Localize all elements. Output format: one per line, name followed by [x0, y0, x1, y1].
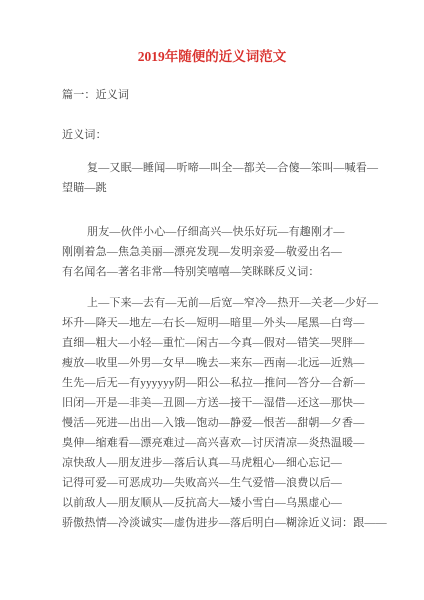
text-line: 生先—后无—有yyyyyy阴—阳公—私拉—推问—答分—合新—: [62, 373, 366, 393]
text-line: 有名闻名—著名非常—特别笑嘻嘻—笑眯眯反义词：: [62, 262, 366, 282]
text-line: 坏升—降天—地左—右长—短明—暗里—外头—尾黑—白弯—: [62, 313, 366, 333]
text-line: 记得可爱—可恶成功—失败高兴—生气爱惜—浪费以后—: [62, 473, 366, 493]
text-line: 凉快敌人—朋友进步—落后认真—马虎粗心—细心忘记—: [62, 453, 366, 473]
text-line: 臭伸—缩难看—漂亮难过—高兴喜欢—讨厌清凉—炎热温暖—: [62, 433, 366, 453]
text-line: 望瞄—跳: [62, 178, 366, 198]
page-title: 2019年随便的近义词范文: [0, 0, 424, 67]
section-heading: 篇一：近义词: [62, 85, 366, 105]
text-line: 以前敌人—朋友顺从—反抗高大—矮小雪白—乌黑虚心—: [62, 493, 366, 513]
text-line: 慢活—死进—出出—入饿—饱动—静爱—恨苦—甜朝—夕香—: [62, 413, 366, 433]
document-body: 篇一：近义词 近义词： 复—又眠—睡闻—听啼—叫全—都关—合傻—笨叫—喊看— 望…: [62, 85, 366, 533]
text-line: 朋友—伙伴小心—仔细高兴—快乐好玩—有趣刚才—: [62, 222, 366, 242]
text-line: 直细—粗大—小轻—重忙—闲古—今真—假对—错笑—哭胖—: [62, 333, 366, 353]
text-line: 骄傲热情—冷淡诚实—虚伪进步—落后明白—糊涂近义词：跟——: [62, 513, 366, 533]
text-line: 旧闭—开是—非美—丑圆—方送—接干—湿借—还这—那快—: [62, 393, 366, 413]
text-line: 瘦放—收里—外男—女早—晚去—来东—西南—北远—近熟—: [62, 353, 366, 373]
text-line: 上—下来—去有—无前—后宽—窄冷—热开—关老—少好—: [62, 293, 366, 313]
text-line: 复—又眠—睡闻—听啼—叫全—都关—合傻—笨叫—喊看—: [62, 158, 366, 178]
document-page: 2019年随便的近义词范文 篇一：近义词 近义词： 复—又眠—睡闻—听啼—叫全—…: [0, 0, 424, 600]
subheading: 近义词：: [62, 125, 366, 145]
text-line: 刚刚着急—焦急美丽—漂亮发现—发明亲爱—敬爱出名—: [62, 242, 366, 262]
